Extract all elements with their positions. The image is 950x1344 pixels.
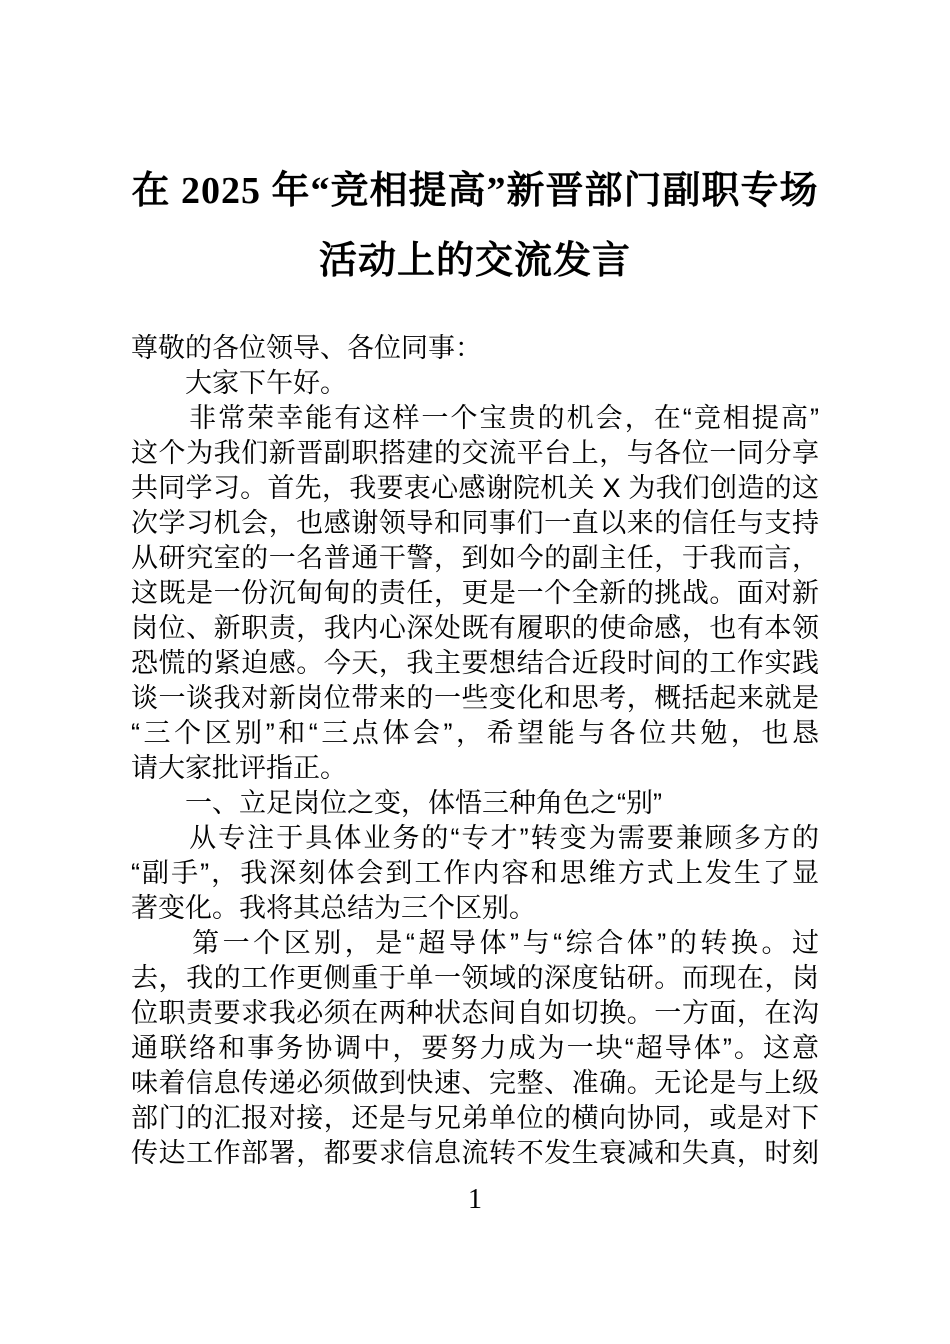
document-title-line-1: 在 2025 年“竞相提高”新晋部门副职专场 (131, 156, 819, 226)
body-line: 恐慌的紧迫感。今天，我主要想结合近段时间的工作实践 (131, 646, 819, 681)
body-line: 非常荣幸能有这样一个宝贵的机会，在“竞相提高” (131, 401, 819, 436)
body-line: 部门的汇报对接，还是与兄弟单位的横向协同，或是对下 (131, 1101, 819, 1136)
body-line: 传达工作部署，都要求信息流转不发生衰减和失真，时刻 (131, 1136, 819, 1171)
document-title: 在 2025 年“竞相提高”新晋部门副职专场 活动上的交流发言 (131, 156, 819, 296)
body-line: 位职责要求我必须在两种状态间自如切换。一方面，在沟 (131, 996, 819, 1031)
section-heading-1: 一、立足岗位之变，体悟三种角色之“别” (131, 786, 819, 821)
body-line: 从专注于具体业务的“专才”转变为需要兼顾多方的 (131, 821, 819, 856)
body-line: 第一个区别，是“超导体”与“综合体”的转换。过 (131, 926, 819, 961)
body-line: 请大家批评指正。 (131, 751, 819, 786)
body-line: 这既是一份沉甸甸的责任，更是一个全新的挑战。面对新 (131, 576, 819, 611)
body-line: 谈一谈我对新岗位带来的一些变化和思考，概括起来就是 (131, 681, 819, 716)
body-line: “三个区别”和“三点体会”，希望能与各位共勉，也恳 (131, 716, 819, 751)
body-line: “副手”，我深刻体会到工作内容和思维方式上发生了显 (131, 856, 819, 891)
body-line: 味着信息传递必须做到快速、完整、准确。无论是与上级 (131, 1066, 819, 1101)
body-line: 次学习机会，也感谢领导和同事们一直以来的信任与支持 (131, 506, 819, 541)
body-line: 著变化。我将其总结为三个区别。 (131, 891, 819, 926)
body-line: 共同学习。首先，我要衷心感谢院机关 X 为我们创造的这 (131, 471, 819, 506)
document-page: 在 2025 年“竞相提高”新晋部门副职专场 活动上的交流发言 尊敬的各位领导、… (0, 0, 950, 1344)
body-line: 通联络和事务协调中，要努力成为一块“超导体”。这意 (131, 1031, 819, 1066)
body-line-salutation: 尊敬的各位领导、各位同事： (131, 331, 819, 366)
document-title-line-2: 活动上的交流发言 (131, 226, 819, 296)
body-line: 去，我的工作更侧重于单一领域的深度钻研。而现在，岗 (131, 961, 819, 996)
document-body: 尊敬的各位领导、各位同事： 大家下午好。 非常荣幸能有这样一个宝贵的机会，在“竞… (131, 331, 819, 1171)
body-line: 大家下午好。 (131, 366, 819, 401)
body-line: 从研究室的一名普通干警，到如今的副主任，于我而言， (131, 541, 819, 576)
body-line: 这个为我们新晋副职搭建的交流平台上，与各位一同分享 (131, 436, 819, 471)
page-number: 1 (0, 1182, 950, 1217)
body-line: 岗位、新职责，我内心深处既有履职的使命感，也有本领 (131, 611, 819, 646)
